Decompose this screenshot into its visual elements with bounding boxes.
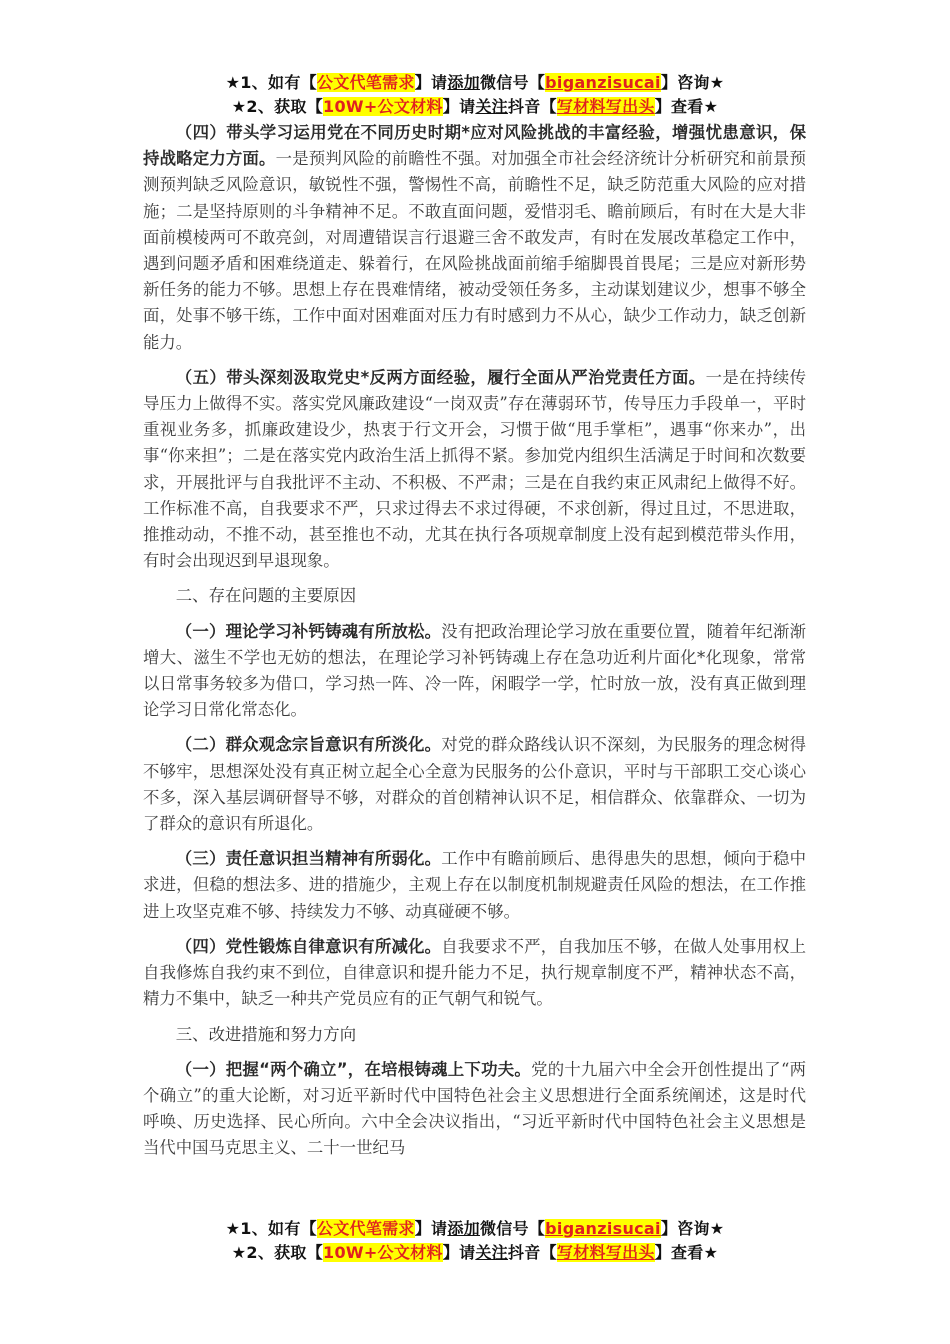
paragraph-lead: （三）责任意识担当精神有所弱化。 (176, 849, 441, 868)
promo-text: ★1、如有【 (226, 73, 317, 92)
promo-line-1: ★1、如有【公文代笔需求】请添加微信号【biganzisucai】咨询★ (0, 71, 950, 95)
paragraph-lead: （四）党性锻炼自律意识有所减化。 (176, 937, 441, 956)
wechat-id-link[interactable]: biganzisucai (545, 73, 661, 92)
underlined-follow: 关注 (475, 1243, 508, 1262)
paragraph-5-party-discipline: （五）带头深刻汲取党史*反两方面经验，履行全面从严治党责任方面。一是在持续传导压… (143, 365, 806, 575)
highlight-materials: 10W+公文材料 (323, 97, 443, 116)
promo-banner-bottom: ★1、如有【公文代笔需求】请添加微信号【biganzisucai】咨询★ ★2、… (0, 1217, 950, 1265)
douyin-account-link[interactable]: 写材料写出头 (557, 97, 655, 116)
promo-text: 】咨询★ (661, 1219, 725, 1238)
wechat-id-link[interactable]: biganzisucai (545, 1219, 661, 1238)
promo-text: ★1、如有【 (226, 1219, 317, 1238)
underlined-add: 添加 (447, 1219, 480, 1238)
underlined-add: 添加 (447, 73, 480, 92)
section-heading-measures: 三、改进措施和努力方向 (143, 1022, 806, 1048)
paragraph-cause-3: （三）责任意识担当精神有所弱化。工作中有瞻前顾后、患得患失的思想，倾向于稳中求进… (143, 846, 806, 925)
promo-text: 】咨询★ (661, 73, 725, 92)
paragraph-4-risk: （四）带头学习运用党在不同历史时期*应对风险挑战的丰富经验，增强忧患意识，保持战… (143, 120, 806, 356)
paragraph-cause-2: （二）群众观念宗旨意识有所淡化。对党的群众路线认识不深刻，为民服务的理念树得不够… (143, 732, 806, 837)
promo-text: ★2、获取【 (232, 1243, 323, 1262)
promo-text: 微信号【 (480, 1219, 545, 1238)
section-heading-causes: 二、存在问题的主要原因 (143, 583, 806, 609)
underlined-follow: 关注 (475, 97, 508, 116)
promo-text: 】请 (415, 1219, 448, 1238)
paragraph-cause-1: （一）理论学习补钙铸魂有所放松。没有把政治理论学习放在重要位置，随着年纪渐渐增大… (143, 619, 806, 724)
promo-text: 】请 (415, 73, 448, 92)
douyin-account-link[interactable]: 写材料写出头 (557, 1243, 655, 1262)
promo-text: 】请 (443, 97, 476, 116)
paragraph-cause-4: （四）党性锻炼自律意识有所减化。自我要求不严，自我加压不够，在做人处事用权上自我… (143, 934, 806, 1013)
promo-line-2: ★2、获取【10W+公文材料】请关注抖音【写材料写出头】查看★ (0, 1241, 950, 1265)
paragraph-lead: （一）理论学习补钙铸魂有所放松。 (176, 622, 441, 641)
promo-text: 抖音【 (508, 97, 557, 116)
promo-text: 】查看★ (655, 97, 719, 116)
highlight-service: 公文代笔需求 (317, 73, 415, 92)
promo-text: 】请 (443, 1243, 476, 1262)
highlight-service: 公文代笔需求 (317, 1219, 415, 1238)
document-body: （四）带头学习运用党在不同历史时期*应对风险挑战的丰富经验，增强忧患意识，保持战… (143, 120, 806, 1171)
promo-text: 微信号【 (480, 73, 545, 92)
promo-text: ★2、获取【 (232, 97, 323, 116)
paragraph-text: 一是在持续传导压力上做得不实。落实党风廉政建设“一岗双责”存在薄弱环节，传导压力… (143, 368, 806, 570)
promo-banner-top: ★1、如有【公文代笔需求】请添加微信号【biganzisucai】咨询★ ★2、… (0, 71, 950, 119)
paragraph-lead: （二）群众观念宗旨意识有所淡化。 (176, 735, 441, 754)
promo-text: 】查看★ (655, 1243, 719, 1262)
highlight-materials: 10W+公文材料 (323, 1243, 443, 1262)
paragraph-lead: （五）带头深刻汲取党史*反两方面经验，履行全面从严治党责任方面。 (176, 368, 706, 387)
paragraph-measure-1: （一）把握“两个确立”，在培根铸魂上下功夫。党的十九届六中全会开创性提出了“两个… (143, 1057, 806, 1162)
promo-line-1: ★1、如有【公文代笔需求】请添加微信号【biganzisucai】咨询★ (0, 1217, 950, 1241)
promo-text: 抖音【 (508, 1243, 557, 1262)
promo-line-2: ★2、获取【10W+公文材料】请关注抖音【写材料写出头】查看★ (0, 95, 950, 119)
paragraph-lead: （一）把握“两个确立”，在培根铸魂上下功夫。 (176, 1060, 531, 1079)
paragraph-text: 一是预判风险的前瞻性不强。对加强全市社会经济统计分析研究和前景预测预判缺乏风险意… (143, 149, 806, 351)
